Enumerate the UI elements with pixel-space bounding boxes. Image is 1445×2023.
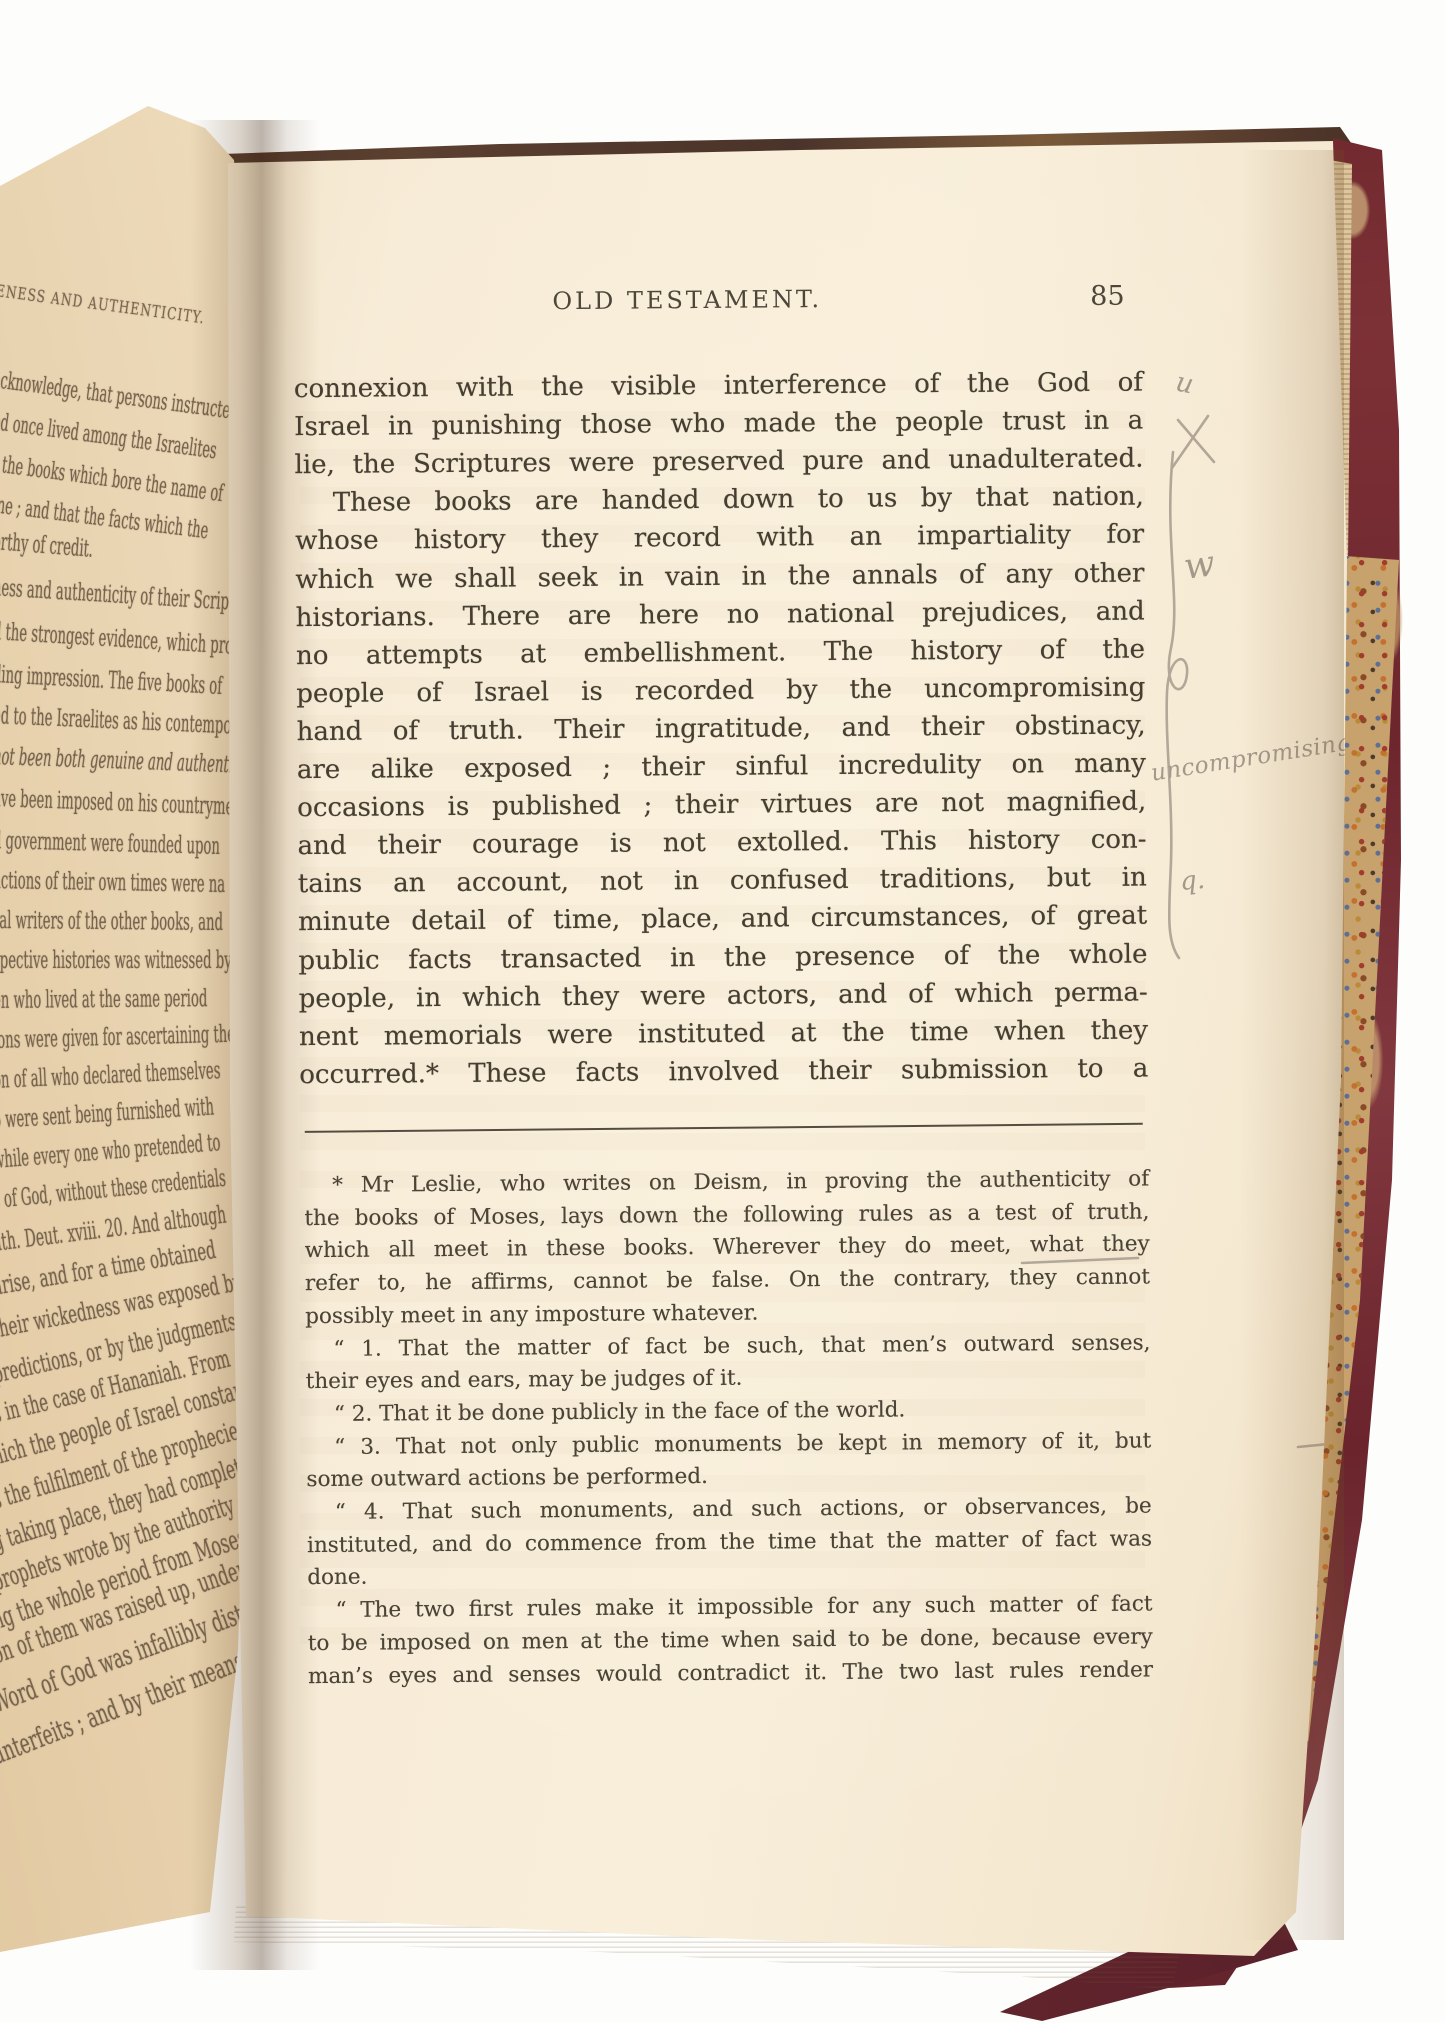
footnote-line: instituted, and do commence from the tim…	[307, 1526, 1152, 1558]
footnote-line: man’s eyes and senses would contradict i…	[308, 1657, 1153, 1689]
body-text-line: connexion with the visible interference …	[294, 368, 1143, 405]
book-photo: ENESS AND AUTHENTICITY. acknowledge, tha…	[0, 0, 1445, 2023]
body-text-line: occurred.* These facts involved their su…	[299, 1053, 1148, 1090]
left-page-line: en who lived at the same period	[0, 984, 207, 1014]
footnote-line: “ 4. That such monuments, and such actio…	[307, 1493, 1152, 1525]
body-text-line: historians. There are here no national p…	[296, 596, 1145, 633]
footnote-line: * Mr Leslie, who writes on Deism, in pro…	[304, 1166, 1149, 1198]
body-text-line: lie, the Scriptures were preserved pure …	[294, 444, 1143, 481]
body-text-line: which we shall seek in vain in the annal…	[295, 558, 1144, 595]
footnote-line: “ 3. That not only public monuments be k…	[306, 1428, 1151, 1460]
left-page-line: spective histories was witnessed by	[0, 946, 232, 974]
footnote-line: “ The two first rules make it impossible…	[307, 1592, 1152, 1624]
footnote-line: “ 2. That it be done publicly in the fac…	[306, 1395, 1151, 1427]
footnote-line: some outward actions be performed.	[306, 1461, 1151, 1493]
left-page-line: ed to the Israelites as his contempo	[0, 701, 232, 739]
footnote-rule	[305, 1123, 1143, 1133]
left-page-line: d government were founded upon	[0, 826, 220, 860]
left-page-line: ding impression. The five books of	[0, 660, 223, 700]
left-page-line: ness and authenticity of their Scrip	[0, 573, 230, 615]
left-running-header: ENESS AND AUTHENTICITY.	[0, 281, 206, 327]
footnote-line: done.	[307, 1559, 1152, 1591]
page-number: 85	[1090, 280, 1150, 311]
footnote-block: * Mr Leslie, who writes on Deism, in pro…	[0, 0, 1440, 6]
body-text-line: These books are handed down to us by tha…	[295, 482, 1144, 519]
body-text-line: occasions is published ; their virtues a…	[297, 787, 1146, 824]
right-running-header: OLD TESTAMENT.	[552, 285, 822, 315]
left-page-line: not been both genuine and authentic	[0, 742, 241, 779]
body-text-line: and their courage is not extolled. This …	[297, 825, 1146, 862]
left-page-line: d the strongest evidence, which pro	[0, 617, 234, 660]
body-paragraph: connexion with the visible interference …	[0, 0, 1440, 6]
footnote-line: which all meet in these books. Wherever …	[305, 1232, 1150, 1264]
footnote-line: possibly meet in any imposture whatever.	[305, 1297, 1150, 1329]
body-text-line: whose history they record with an impart…	[295, 520, 1144, 557]
left-page-line: ions were given for ascertaining the	[0, 1020, 235, 1054]
left-page-line: actions of their own times were na	[0, 866, 225, 898]
body-text-line: Israel in punishing those who made the p…	[294, 406, 1143, 443]
footnote-line: their eyes and ears, may be judges of it…	[306, 1363, 1151, 1395]
pencil-mark-w: w	[1181, 543, 1217, 588]
body-text-line: are alike exposed ; their sinful incredu…	[297, 749, 1146, 786]
body-text-line: nent memorials were instituted at the ti…	[299, 1015, 1148, 1052]
footnote-line: the books of Moses, lays down the follow…	[304, 1199, 1149, 1231]
left-page-line: on of all who declared themselves	[0, 1056, 221, 1094]
pencil-mark-q: q.	[1179, 865, 1206, 897]
footnote-line: refer to, he affirms, cannot be false. O…	[305, 1265, 1150, 1297]
left-page-line: orthy of credit.	[0, 527, 94, 563]
body-text-line: minute detail of time, place, and circum…	[298, 901, 1147, 938]
body-text-line: tains an account, not in confused tradit…	[298, 863, 1147, 900]
footnote-line: to be imposed on men at the time when sa…	[308, 1624, 1153, 1656]
footnote-line: “ 1. That the matter of fact be such, th…	[305, 1330, 1150, 1362]
body-text-line: people, in which they were actors, and o…	[299, 977, 1148, 1014]
body-text-line: people of Israel is recorded by the unco…	[296, 672, 1145, 709]
left-page-line: ral writers of the other books, and	[0, 906, 223, 936]
body-text-line: no attempts at embellishment. The histor…	[296, 634, 1145, 671]
body-text-line: hand of truth. Their ingratitude, and th…	[297, 710, 1146, 747]
left-page-line: ave been imposed on his countrymen	[0, 784, 242, 821]
left-page-line: o were sent being furnished with	[0, 1093, 215, 1134]
body-text-line: public facts transacted in the presence …	[298, 939, 1147, 976]
